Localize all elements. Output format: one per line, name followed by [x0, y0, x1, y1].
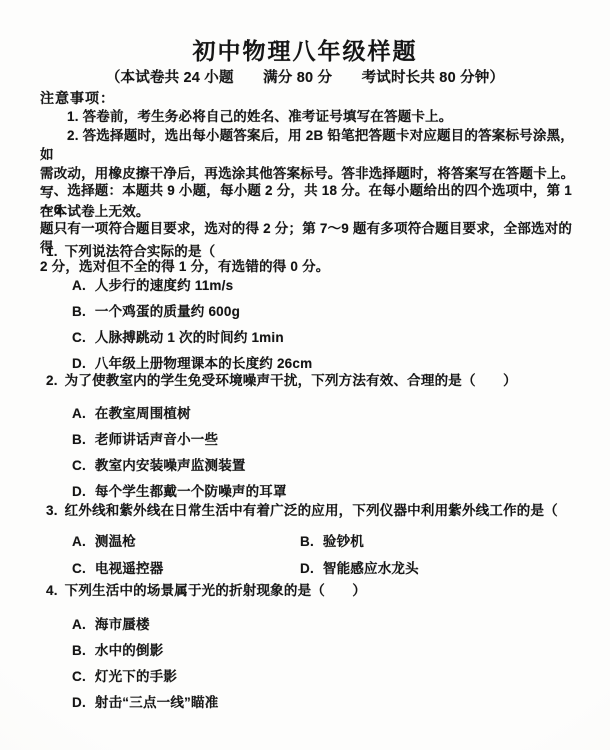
question-stem: 红外线和紫外线在日常生活中有着广泛的应用，下列仪器中利用紫外线工作的是（: [65, 503, 558, 518]
option-label: D.: [300, 561, 314, 576]
notes-header: 注意事项：: [40, 88, 115, 108]
note-item-1: 1. 答卷前，考生务必将自己的姓名、准考证号填写在答题卡上。: [40, 107, 582, 126]
option-text: 一个鸡蛋的质量约 600g: [95, 304, 240, 319]
option-row: C.教室内安装噪声监测装置: [46, 457, 591, 474]
option-row: B.老师讲话声音小一些: [46, 431, 591, 448]
option-row: D.智能感应水龙头: [300, 560, 591, 577]
option-label: A.: [72, 534, 86, 549]
option-label: B.: [72, 304, 86, 319]
question-number: 2.: [46, 373, 58, 388]
option-text: 八年级上册物理课本的长度约 26cm: [95, 356, 312, 371]
option-label: B.: [72, 432, 86, 447]
option-label: C.: [72, 330, 86, 345]
option-label: C.: [72, 561, 86, 576]
question-2-head: 2.为了使教室内的学生免受环境噪声干扰，下列方法有效、合理的是（ ）: [46, 372, 591, 390]
option-text: 智能感应水龙头: [323, 561, 419, 576]
question-1: 1.下列说法符合实际的是（ A.人步行的速度约 11m/s B.一个鸡蛋的质量约…: [46, 243, 591, 381]
option-label: B.: [72, 643, 86, 658]
question-3-options: A.测温枪 B.验钞机 C.电视遥控器 D.智能感应水龙头: [46, 533, 591, 577]
question-4: 4.下列生活中的场景属于光的折射现象的是（ ） A.海市蜃楼 B.水中的倒影 C…: [46, 582, 591, 720]
option-label: D.: [72, 484, 86, 499]
question-number: 4.: [46, 583, 58, 598]
option-text: 每个学生都戴一个防噪声的耳罩: [95, 484, 287, 499]
option-row: A.测温枪: [72, 533, 300, 550]
option-row: C.灯光下的手影: [46, 668, 591, 685]
option-row: A.海市蜃楼: [46, 616, 591, 633]
option-row: B.验钞机: [300, 533, 591, 550]
question-3-head: 3.红外线和紫外线在日常生活中有着广泛的应用，下列仪器中利用紫外线工作的是（: [46, 502, 591, 520]
option-text: 海市蜃楼: [95, 617, 150, 632]
option-label: A.: [72, 617, 86, 632]
option-row: B.一个鸡蛋的质量约 600g: [46, 303, 591, 320]
exam-paper-page: 初中物理八年级样题 （本试卷共 24 小题 满分 80 分 考试时长共 80 分…: [0, 0, 610, 750]
option-row: A.在教室周围植树: [46, 405, 591, 422]
question-number: 1.: [46, 244, 58, 259]
page-subtitle: （本试卷共 24 小题 满分 80 分 考试时长共 80 分钟）: [0, 66, 610, 87]
option-text: 人脉搏跳动 1 次的时间约 1min: [95, 330, 284, 345]
option-row: A.人步行的速度约 11m/s: [46, 277, 591, 294]
option-text: 老师讲话声音小一些: [95, 432, 218, 447]
option-text: 验钞机: [323, 534, 364, 549]
option-label: A.: [72, 278, 86, 293]
option-text: 人步行的速度约 11m/s: [95, 278, 233, 293]
option-label: A.: [72, 406, 86, 421]
question-number: 3.: [46, 503, 58, 518]
option-text: 水中的倒影: [95, 643, 164, 658]
question-1-head: 1.下列说法符合实际的是（: [46, 243, 591, 261]
option-row: B.水中的倒影: [46, 642, 591, 659]
option-text: 测温枪: [95, 534, 136, 549]
question-3: 3.红外线和紫外线在日常生活中有着广泛的应用，下列仪器中利用紫外线工作的是（ A…: [46, 502, 591, 577]
option-label: D.: [72, 356, 86, 371]
question-1-options: A.人步行的速度约 11m/s B.一个鸡蛋的质量约 600g C.人脉搏跳动 …: [46, 277, 591, 372]
option-label: B.: [300, 534, 314, 549]
option-row: D.射击“三点一线”瞄准: [46, 694, 591, 711]
question-stem: 下列生活中的场景属于光的折射现象的是（ ）: [65, 583, 366, 598]
question-stem: 为了使教室内的学生免受环境噪声干扰，下列方法有效、合理的是（ ）: [65, 373, 517, 388]
option-text: 灯光下的手影: [95, 669, 177, 684]
option-text: 电视遥控器: [95, 561, 164, 576]
question-2-options: A.在教室周围植树 B.老师讲话声音小一些 C.教室内安装噪声监测装置 D.每个…: [46, 405, 591, 500]
option-label: C.: [72, 458, 86, 473]
question-stem: 下列说法符合实际的是（: [65, 244, 216, 259]
question-4-options: A.海市蜃楼 B.水中的倒影 C.灯光下的手影 D.射击“三点一线”瞄准: [46, 616, 591, 711]
option-row: D.每个学生都戴一个防噪声的耳罩: [46, 483, 591, 500]
page-title: 初中物理八年级样题: [0, 33, 610, 66]
option-row: C.人脉搏跳动 1 次的时间约 1min: [46, 329, 591, 346]
question-2: 2.为了使教室内的学生免受环境噪声干扰，下列方法有效、合理的是（ ） A.在教室…: [46, 372, 591, 509]
option-text: 射击“三点一线”瞄准: [95, 695, 219, 710]
option-label: C.: [72, 669, 86, 684]
option-label: D.: [72, 695, 86, 710]
option-row: C.电视遥控器: [72, 560, 300, 577]
option-text: 教室内安装噪声监测装置: [95, 458, 246, 473]
question-4-head: 4.下列生活中的场景属于光的折射现象的是（ ）: [46, 582, 591, 600]
option-row: D.八年级上册物理课本的长度约 26cm: [46, 355, 591, 372]
option-text: 在教室周围植树: [95, 406, 191, 421]
